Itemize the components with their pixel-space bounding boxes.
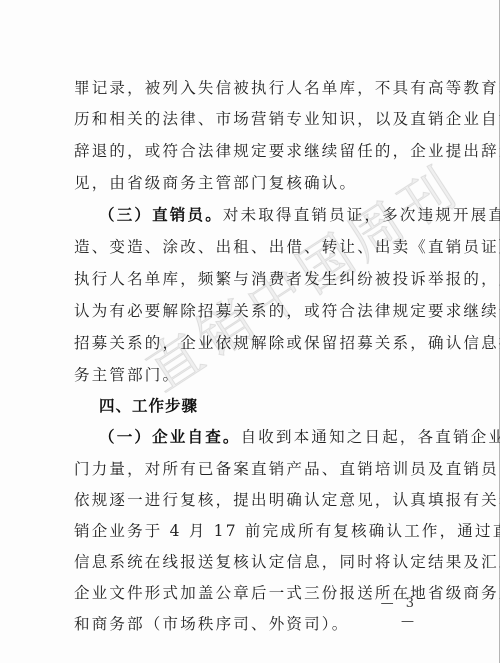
text-line: 务主管部门。 (74, 364, 418, 386)
text-line: 和商务部（市场秩序司、外资司）。 (74, 613, 418, 635)
step-1-label: （一）企业自查。 (99, 427, 241, 446)
text-line: 辞退的，或符合法律规定要求继续留任的，企业提出辞退或留任意 (74, 140, 418, 162)
document-page: 直销中国周刊 罪记录，被列入失信被执行人名单库，不具有高等教育本科以上学 历和相… (0, 0, 500, 663)
section-3-label: （三）直销员。 (99, 205, 223, 224)
text-line: 依规逐一进行复核，提出明确认定意见，认真填报有关表格。各直 (74, 489, 418, 511)
text-span: 对未取得直销员证，多次违规开展直销业务，伪 (223, 206, 500, 224)
text-line: 见，由省级商务主管部门复核确认。 (74, 172, 418, 194)
step-1-first-line: （一）企业自查。自收到本通知之日起，各直销企业要组织专 (99, 426, 418, 448)
text-line: 造、变造、涂改、出租、出借、转让、出卖《直销员证》，被列入失信被 (74, 236, 418, 258)
text-line: 执行人名单库，频繁与消费者发生纠纷被投诉举报的，及企业自身 (74, 268, 418, 290)
text-line: 门力量，对所有已备案直销产品、直销培训员及直销员，严格依法 (74, 458, 418, 480)
text-line: 罪记录，被列入失信被执行人名单库，不具有高等教育本科以上学 (74, 77, 418, 99)
text-line: 认为有必要解除招募关系的，或符合法律规定要求继续予以保留 (74, 300, 418, 322)
text-line: 销企业务于 4 月 17 前完成所有复核确认工作，通过直销行业管理 (74, 520, 418, 542)
page-number: — 3 — (368, 595, 418, 631)
text-line: 信息系统在线报送复核认定信息，同时将认定结果及汇总资料以 (74, 551, 418, 573)
text-span: 自收到本通知之日起，各直销企业要组织专 (241, 428, 500, 446)
text-line: 企业文件形式加盖公章后一式三份报送所在地省级商务主管部门 (74, 582, 418, 604)
text-line: 历和相关的法律、市场营销专业知识，以及直销企业自认为有必要 (74, 108, 418, 130)
section-3-first-line: （三）直销员。对未取得直销员证，多次违规开展直销业务，伪 (99, 204, 418, 226)
section-heading: 四、工作步骤 (99, 395, 198, 417)
text-line: 招募关系的，企业依规解除或保留招募关系，确认信息报送省级商 (74, 332, 418, 354)
